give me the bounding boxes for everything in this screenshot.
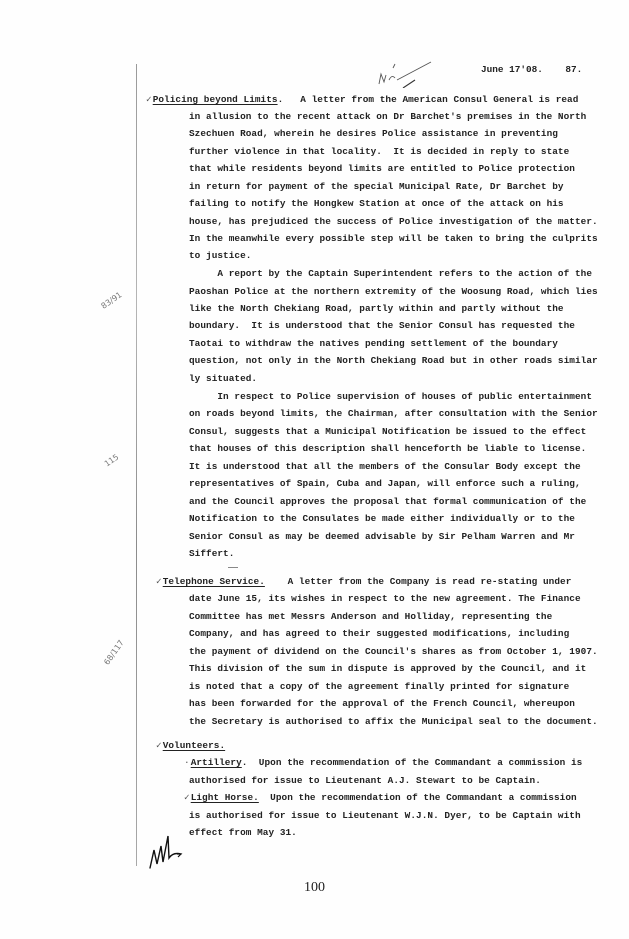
body-line: that while residents beyond limits are e… <box>189 163 575 175</box>
heading-line-policing: ✓Policing beyond Limits. A letter from t… <box>146 94 578 106</box>
body-line: house, has prejudiced the success of Pol… <box>189 216 598 228</box>
body-line: has been forwarded for the approval of t… <box>189 698 575 710</box>
body-line: representatives of Spain, Cuba and Japan… <box>189 478 581 490</box>
page-number: 100 <box>0 880 629 896</box>
body-line: Committee has met Messrs Anderson and Ho… <box>189 611 552 623</box>
handwritten-signature-icon <box>148 832 188 872</box>
body-line: In the meanwhile every possible step wil… <box>189 233 598 245</box>
document-page: June 17'08. 87. ✓Policing beyond Limits.… <box>0 0 629 939</box>
section-heading-telephone: Telephone Service. <box>163 576 265 587</box>
body-line: A report by the Captain Superintendent r… <box>189 268 592 280</box>
heading-line-telephone: ✓Telephone Service. A letter from the Co… <box>156 576 571 588</box>
heading-line-volunteers: ✓Volunteers. <box>156 740 225 752</box>
checkmark-icon: ✓ <box>156 740 162 751</box>
body-line: like the North Chekiang Road, partly wit… <box>189 303 564 315</box>
margin-annotation: 68/117 <box>102 638 126 666</box>
body-line: effect from May 31. <box>189 827 297 839</box>
body-line: that houses of this description shall he… <box>189 443 586 455</box>
section-heading-volunteers: Volunteers. <box>163 740 225 751</box>
body-line: the payment of dividend on the Council's… <box>189 646 598 658</box>
body-line: is noted that a copy of the agreement fi… <box>189 681 569 693</box>
heading-line-artillery: ·Artillery. Upon the recommendation of t… <box>184 757 582 769</box>
subsection-heading-light-horse: Light Horse. <box>191 792 259 803</box>
margin-annotation: 83/91 <box>100 290 124 311</box>
body-line: Company, and has agreed to their suggest… <box>189 628 569 640</box>
body-line: in return for payment of the special Mun… <box>189 181 564 193</box>
body-line: Senior Consul as may be deemed advisable… <box>189 531 575 543</box>
body-line: Paoshan Police at the northern extremity… <box>189 286 598 298</box>
body-line: Taotai to withdraw the natives pending s… <box>189 338 558 350</box>
body-line: Szechuen Road, wherein he desires Police… <box>189 128 558 140</box>
body-line: to justice. <box>189 250 251 262</box>
body-line: It is understood that all the members of… <box>189 461 581 473</box>
checkmark-icon: ✓ <box>184 792 190 803</box>
body-text: . A letter from the American Consul Gene… <box>278 94 579 105</box>
header-date: June 17'08. <box>481 64 543 75</box>
body-line: Notification to the Consulates be made e… <box>189 513 575 525</box>
body-line: is authorised for issue to Lieutenant W.… <box>189 810 581 822</box>
page-header: June 17'08. 87. <box>481 64 582 75</box>
body-line: failing to notify the Hongkew Station at… <box>189 198 564 210</box>
heading-line-light-horse: ✓Light Horse. Upon the recommendation of… <box>184 792 577 804</box>
checkmark-icon: ✓ <box>146 94 152 105</box>
body-text: A letter from the Company is read re-sta… <box>265 576 572 587</box>
body-line: and the Council approves the proposal th… <box>189 496 586 508</box>
handwritten-initial-icon <box>375 58 435 88</box>
body-line: Siffert. <box>189 548 234 560</box>
body-line: on roads beyond limits, the Chairman, af… <box>189 408 598 420</box>
body-line: Consul, suggests that a Municipal Notifi… <box>189 426 586 438</box>
pencil-mark <box>228 567 238 568</box>
body-line: ly situated. <box>189 373 257 385</box>
section-heading-policing: Policing beyond Limits <box>153 94 278 105</box>
subsection-heading-artillery: Artillery <box>191 757 242 768</box>
margin-rule <box>136 64 137 866</box>
body-line: In respect to Police supervision of hous… <box>189 391 592 403</box>
body-text: . Upon the recommendation of the Command… <box>242 757 583 768</box>
body-line: question, not only in the North Chekiang… <box>189 355 598 367</box>
body-line: This division of the sum in dispute is a… <box>189 663 586 675</box>
body-line: authorised for issue to Lieutenant A.J. … <box>189 775 541 787</box>
bullet-mark: · <box>184 757 190 768</box>
body-text: Upon the recommendation of the Commandan… <box>259 792 577 803</box>
body-line: the Secretary is authorised to affix the… <box>189 716 598 728</box>
body-line: in allusion to the recent attack on Dr B… <box>189 111 586 123</box>
header-folio: 87. <box>565 64 582 75</box>
body-line: date June 15, its wishes in respect to t… <box>189 593 581 605</box>
checkmark-icon: ✓ <box>156 576 162 587</box>
body-line: boundary. It is understood that the Seni… <box>189 320 575 332</box>
body-line: further violence in that locality. It is… <box>189 146 569 158</box>
margin-annotation: 115 <box>103 452 121 468</box>
